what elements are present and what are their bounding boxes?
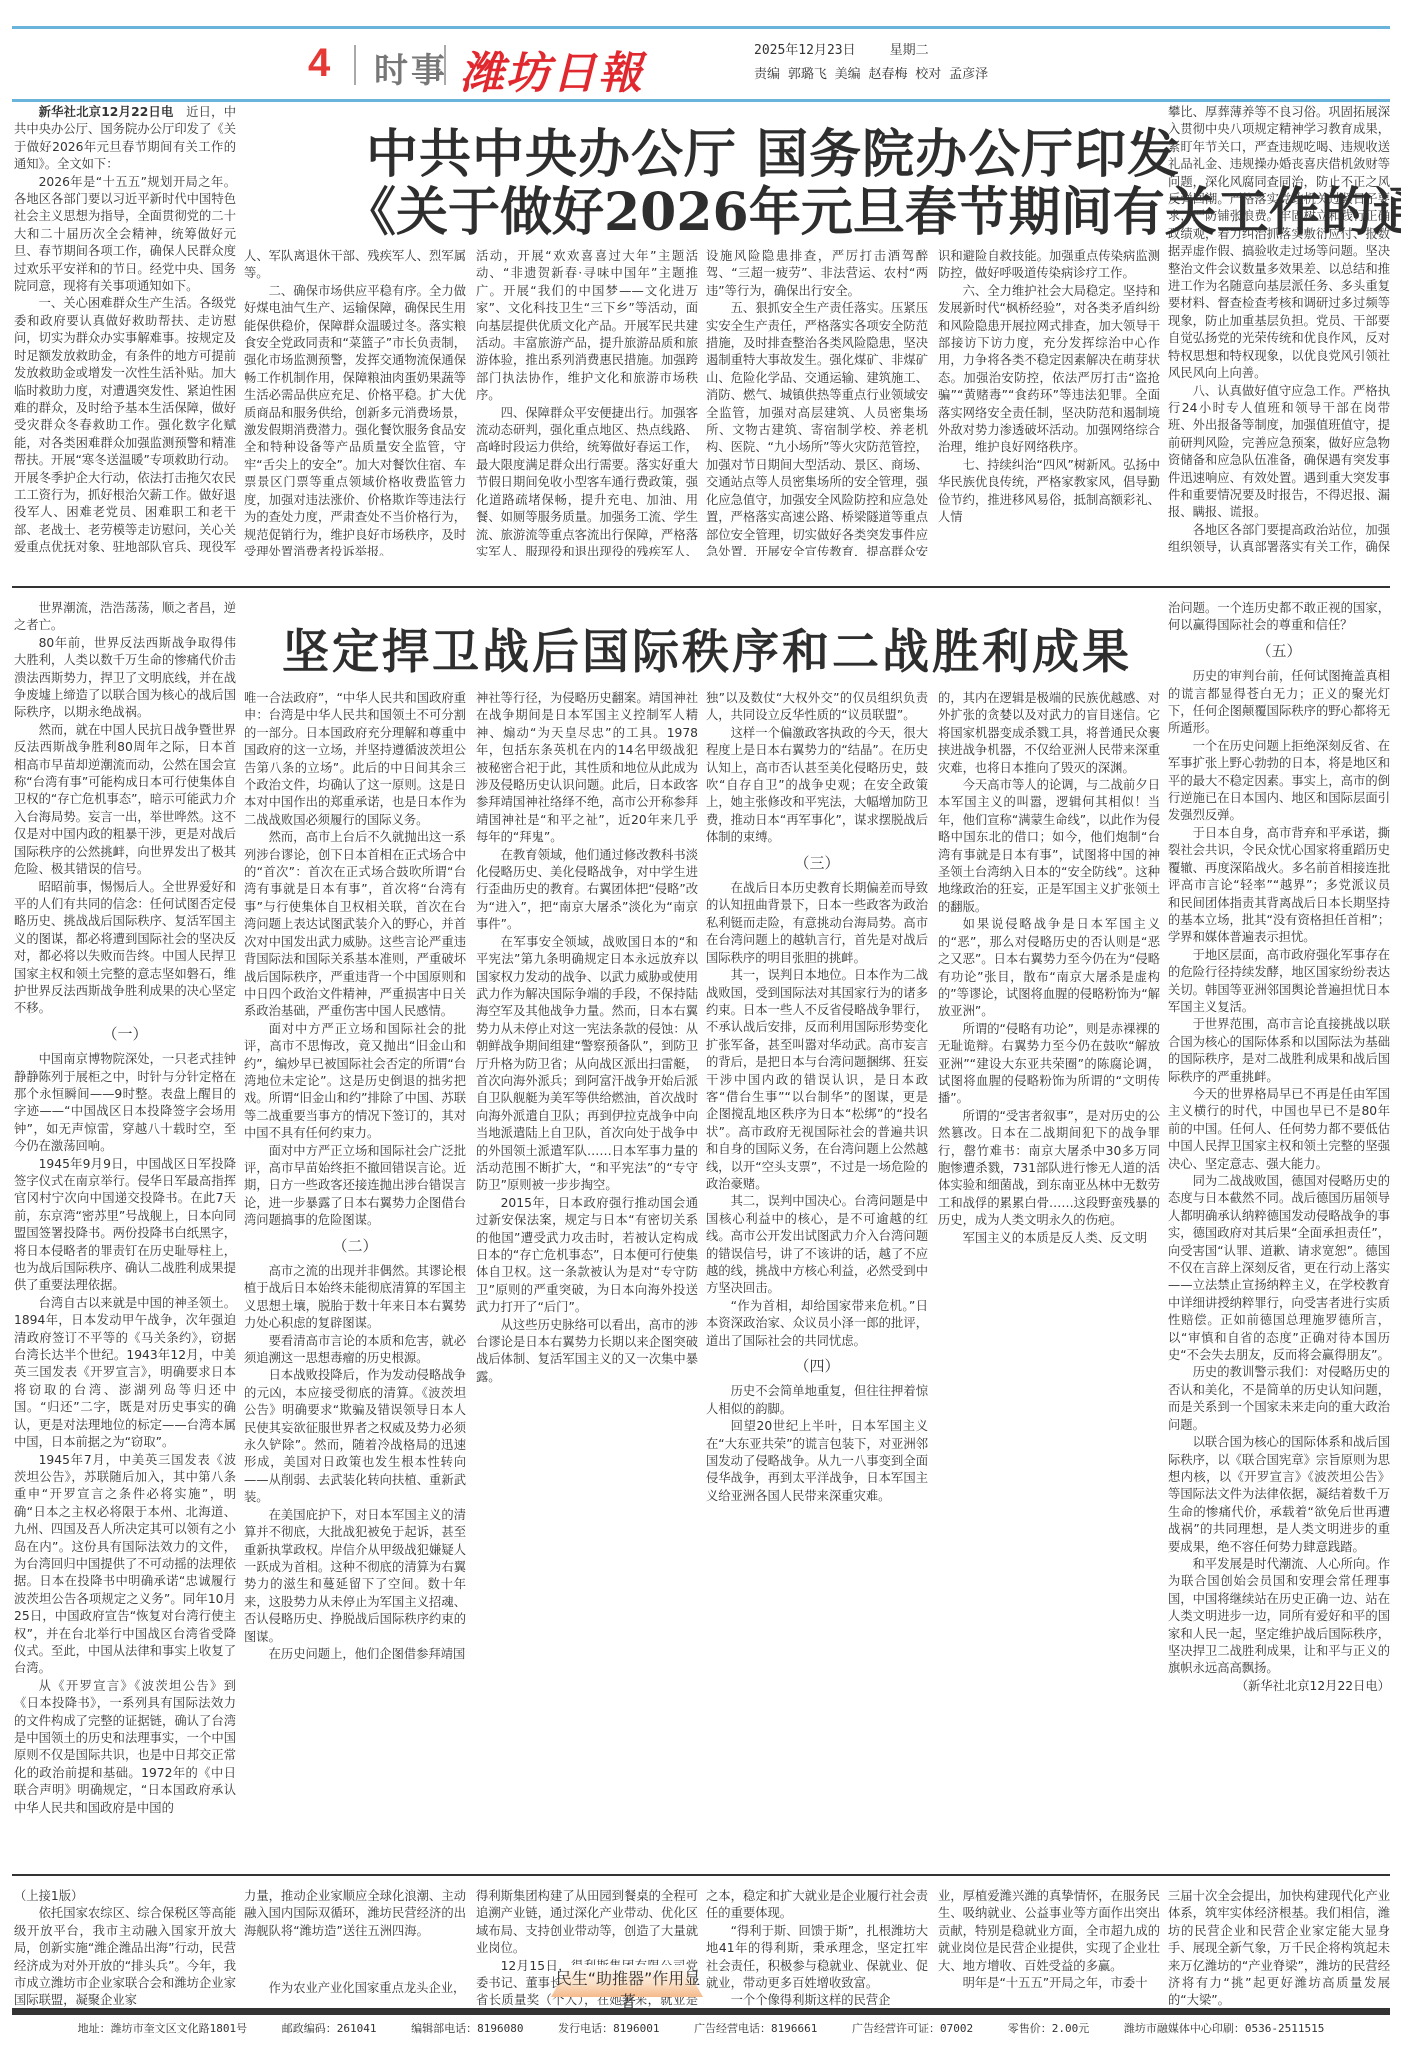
paragraph: 所谓的“侵略有功论”，则是赤裸裸的无耻诡辩。右翼势力至今仍在鼓吹“解放亚洲”“建… [938, 1021, 1160, 1108]
paragraph: 的，其内在逻辑是极端的民族优越感、对外扩张的贪婪以及对武力的盲目迷信。它将国家机… [938, 690, 1160, 777]
paragraph: 从《开罗宣言》《波茨坦公告》到《日本投降书》，一系列具有国际法效力的文件构成了完… [14, 1678, 236, 1817]
article1-column: 设施风险隐患排查，严厉打击酒驾醉驾、“三超一疲劳”、非法营运、农村“两违”等行为… [706, 248, 928, 556]
paragraph: 历史的教训警示我们：对侵略历史的否认和美化，不是简单的历史认知问题，而是关系到一… [1168, 1364, 1390, 1434]
paragraph: 神社等行径，为侵略历史翻案。靖国神社在战争期间是日本军国主义控制军人精神、煽动“… [476, 690, 698, 847]
article2-column: 唯一合法政府”，“中华人民共和国政府重申：台湾是中华人民共和国领土不可分割的一部… [244, 690, 466, 1840]
paragraph: 业，厚植爱潍兴潍的真挚情怀，在服务民生、吸纳就业、公益事业等方面作出突出贡献，特… [938, 1888, 1160, 1975]
article2-column: 世界潮流，浩浩荡荡，顺之者昌，逆之者亡。80年前，世界反法西斯战争取得伟大胜利，… [14, 600, 236, 1840]
article2-column: 神社等行径，为侵略历史翻案。靖国神社在战争期间是日本军国主义控制军人精神、煽动“… [476, 690, 698, 1840]
paragraph: 人、军队离退休干部、残疾军人、烈军属等。 [244, 248, 466, 283]
footer-printer: 潍坊市融媒体中心印刷：0536-2511515 [1124, 2022, 1324, 2035]
paragraph: 得利斯集团构建了从田园到餐桌的全程可追溯产业链，通过深化产业带动、优化区域布局、… [476, 1888, 698, 1958]
article1-column: 人、军队离退休干部、残疾军人、烈军属等。二、确保市场供应平稳有序。全力做好煤电油… [244, 248, 466, 556]
section-label: （三） [706, 855, 928, 872]
paragraph: 和平发展是时代潮流、人心所向。作为联合国创始会员国和安理会常任理事国，中国将继续… [1168, 1556, 1390, 1678]
article1-column: 活动，开展“欢欢喜喜过大年”主题活动、“非遗贺新春·寻味中国年”主题推广。开展“… [476, 248, 698, 556]
article3-column: 业，厚植爱潍兴潍的真挚情怀，在服务民生、吸纳就业、公益事业等方面作出突出贡献，特… [938, 1888, 1160, 2012]
paragraph: 回望20世纪上半叶，日本军国主义在“大东亚共荣”的谎言包装下，对亚洲邻国发动了侵… [706, 1418, 928, 1505]
paragraph: 昭昭前事，惕惕后人。全世界爱好和平的人们有共同的信念：任何试图否定侵略历史、挑战… [14, 879, 236, 1018]
paragraph: 1945年7月，中美英三国发表《波茨坦公告》，苏联随后加入，其中第八条重申“开罗… [14, 1452, 236, 1678]
paragraph: 然而，就在中国人民抗日战争暨世界反法西斯战争胜利80周年之际，日本首相高市早苗却… [14, 722, 236, 879]
divider [354, 45, 356, 85]
paragraph: 台湾自古以来就是中国的神圣领土。1894年，日本发动甲午战争，次年强迫清政府签订… [14, 1295, 236, 1452]
paragraph: 历史的审判台前，任何试图掩盖真相的谎言都显得苍白无力；正义的聚光灯下，任何企图颠… [1168, 668, 1390, 738]
article3-column: （上接1版）依托国家农综区、综合保税区等高能级开放平台，我市主动融入国家开放大局… [14, 1888, 236, 2012]
paragraph: 同为二战战败国，德国对侵略历史的态度与日本截然不同。战后德国历届领导人都明确承认… [1168, 1173, 1390, 1364]
paragraph: 在教育领域，他们通过修改教科书淡化侵略历史、美化侵略战争，对中学生进行歪曲历史的… [476, 847, 698, 934]
paragraph: 如果说侵略战争是日本军国主义的“恶”，那么对侵略历史的否认则是“恶之又恶”。日本… [938, 916, 1160, 1020]
dateline: 新华社北京12月22日电 [39, 105, 174, 119]
paragraph: 2026年是“十五五”规划开局之年。各地区各部门要以习近平新时代中国特色社会主义… [14, 174, 236, 296]
paragraph: 活动，开展“欢欢喜喜过大年”主题活动、“非遗贺新春·寻味中国年”主题推广。开展“… [476, 248, 698, 405]
paragraph: 日本战败投降后，作为发动侵略战争的元凶，本应接受彻底的清算。《波茨坦公告》明确要… [244, 1367, 466, 1506]
paragraph: 六、全力维护社会大局稳定。坚持和发展新时代“枫桥经验”，对各类矛盾纠纷和风险隐患… [938, 283, 1160, 457]
paragraph: 明年是“十五五”开局之年，市委十 [938, 1975, 1160, 1992]
paragraph: 八、认真做好值守应急工作。严格执行24小时专人值班和领导干部在岗带班、外出报备等… [1168, 383, 1390, 522]
paragraph: 这样一个偏激政客执政的今天，很大程度上是日本右翼势力的“结晶”。在历史认知上，高… [706, 725, 928, 847]
paragraph: 以联合国为核心的国际体系和战后国际秩序，以《联合国宪章》宗旨原则为思想内核，以《… [1168, 1434, 1390, 1556]
footer-address: 地址：潍坊市奎文区文化路1801号 [78, 2022, 248, 2035]
newspaper-logo: 潍坊日報 [460, 37, 644, 101]
footer-distribution-phone: 发行电话：8196001 [558, 2022, 659, 2035]
divider [444, 45, 446, 85]
section-label: （四） [706, 1358, 928, 1375]
article1-column: 识和避险自救技能。加强重点传染病监测防控，做好呼吸道传染病诊疗工作。六、全力维护… [938, 248, 1160, 556]
paragraph: 在战后日本历史教育长期偏差而导致的认知扭曲背景下，日本一些政客为政治私利铤而走险… [706, 880, 928, 967]
footer-price: 零售价：2.00元 [1008, 2022, 1090, 2035]
footer: 地址：潍坊市奎文区文化路1801号 邮政编码：261041 编辑部电话：8196… [12, 2020, 1390, 2036]
article2-column: 的，其内在逻辑是极端的民族优越感、对外扩张的贪婪以及对武力的盲目迷信。它将国家机… [938, 690, 1160, 1840]
paragraph: 一、关心困难群众生产生活。各级党委和政府要认真做好救助帮扶、走访慰问，切实为群众… [14, 295, 236, 556]
paragraph: 力量，推动企业家顺应全球化浪潮、主动融入国内国际双循环，潍坊民营经济的出海舰队将… [244, 1888, 466, 1940]
paragraph: 所谓的“受害者叙事”，是对历史的公然篡改。日本在二战期间犯下的战争罪行，罄竹难书… [938, 1108, 1160, 1230]
article2-headline: 坚定捍卫战后国际秩序和二战胜利成果 [282, 615, 1132, 682]
article1-column: 攀比、厚葬薄养等不良习俗。巩固拓展深入贯彻中央八项规定精神学习教育成果，紧盯年节… [1168, 104, 1390, 556]
paragraph: 攀比、厚葬薄养等不良习俗。巩固拓展深入贯彻中央八项规定精神学习教育成果，紧盯年节… [1168, 104, 1390, 383]
paragraph: 世界潮流，浩浩荡荡，顺之者昌，逆之者亡。 [14, 600, 236, 635]
paragraph: 今天的世界格局早已不再是任由军国主义横行的时代，中国也早已不是80年前的中国。任… [1168, 1086, 1390, 1173]
editor-credits: 责编 郭璐飞 美编 赵春梅 校对 孟彦泽 [754, 63, 988, 87]
article3-column: 之本，稳定和扩大就业是企业履行社会责任的重要体现。“得利于斯、回馈于斯”，扎根潍… [706, 1888, 928, 2012]
article2-column: 治问题。一个连历史都不敢正视的国家，何以赢得国际社会的尊重和信任？（五）历史的审… [1168, 600, 1390, 1840]
paragraph: 在军事安全领域，战败国日本的“和平宪法”第九条明确规定日本永远放弃以国家权力发动… [476, 934, 698, 1195]
paragraph: 军国主义的本质是反人类、反文明 [938, 1230, 1160, 1247]
paragraph: “得利于斯、回馈于斯”，扎根潍坊大地41年的得利斯，秉承理念，坚定扛牢社会责任，… [706, 1923, 928, 1993]
paragraph: 于世界范围，高市言论直接挑战以联合国为核心的国际体系和以国际法为基础的国际秩序，… [1168, 1016, 1390, 1086]
paragraph: 二、确保市场供应平稳有序。全力做好煤电油气生产、运输保障，确保民生用能保供稳价，… [244, 283, 466, 556]
footer-ad-phone: 广告经营电话：8196661 [694, 2022, 817, 2035]
masthead: 4 时事 潍坊日報 2025年12月23日星期二 责编 郭璐飞 美编 赵春梅 校… [12, 26, 1390, 102]
issue-date: 2025年12月23日 [754, 43, 856, 58]
paragraph: 设施风险隐患排查，严厉打击酒驾醉驾、“三超一疲劳”、非法营运、农村“两违”等行为… [706, 248, 928, 300]
section-divider [12, 1874, 1390, 1876]
paragraph: 三届十次全会提出，加快构建现代化产业体系，筑牢实体经济根基。我们相信，潍坊的民营… [1168, 1888, 1390, 2010]
paragraph: 四、保障群众平安便捷出行。加强客流动态研判，强化重点地区、热点线路、高峰时段运力… [476, 405, 698, 556]
paragraph: 今天高市等人的论调，与二战前夕日本军国主义的叫嚣，逻辑何其相似！当年，他们宣称“… [938, 777, 1160, 916]
paragraph: 五、狠抓安全生产责任落实。压紧压实安全生产责任，严格落实各项安全防范措施，及时排… [706, 300, 928, 556]
footer-postcode: 邮政编码：261041 [282, 2022, 377, 2035]
paragraph: 在美国庇护下，对日本军国主义的清算并不彻底，大批战犯被免于起诉，甚至重新执掌政权… [244, 1507, 466, 1646]
section-label: （一） [14, 1026, 236, 1043]
paragraph: 在历史问题上，他们企图借参拜靖国 [244, 1646, 466, 1663]
paragraph: 80年前，世界反法西斯战争取得伟大胜利，人类以数千万生命的惨痛代价击溃法西斯势力… [14, 635, 236, 722]
paragraph: （上接1版） [14, 1888, 236, 1905]
section-label: （二） [244, 1238, 466, 1255]
paragraph: 然而，高市上台后不久就抛出这一系列涉台谬论，创下日本首相在正式场合中的“首次”：… [244, 829, 466, 1020]
paragraph: 七、持续纠治“四风”树新风。弘扬中华民族优良传统，严格家教家风，倡导勤俭节约，推… [938, 457, 1160, 527]
subheading-spacer [244, 1940, 466, 1980]
section-divider [12, 586, 1390, 588]
section-label: （五） [1168, 643, 1390, 660]
footer-ad-license: 广告经营许可证：07002 [852, 2022, 973, 2035]
paragraph: 2015年，日本政府强行推动国会通过新安保法案，规定与日本“有密切关系的他国”遭… [476, 1195, 698, 1317]
article1-column: 新华社北京12月22日电 近日，中共中央办公厅、国务院办公厅印发了《关于做好20… [14, 104, 236, 556]
paragraph: 独”以及数仗“大权外交”的仅员组织负责人，共同设立反华性质的“议员联盟”。 [706, 690, 928, 725]
paragraph: 于日本自身，高市背弃和平承诺，撕裂社会共识，令民众忧心国家将重蹈历史覆辙、再度深… [1168, 825, 1390, 947]
section-name: 时事 [374, 43, 448, 92]
article2-dateline: （新华社北京12月22日电） [1168, 1678, 1390, 1695]
paragraph: 依托国家农综区、综合保税区等高能级开放平台，我市主动融入国家开放大局，创新实施“… [14, 1905, 236, 2009]
paragraph: 1945年9月9日，中国战区日军投降签字仪式在南京举行。侵华日军最高指挥官冈村宁… [14, 1156, 236, 1295]
paragraph: 其一，误判日本地位。日本作为二战战败国，受到国际法对其国家行为的诸多约束。日本一… [706, 967, 928, 1193]
paragraph: 新华社北京12月22日电 近日，中共中央办公厅、国务院办公厅印发了《关于做好20… [14, 104, 236, 174]
paragraph: 历史不会简单地重复，但往往押着惊人相似的韵脚。 [706, 1383, 928, 1418]
paragraph: 之本，稳定和扩大就业是企业履行社会责任的重要体现。 [706, 1888, 928, 1923]
paragraph: 唯一合法政府”，“中华人民共和国政府重申：台湾是中华人民共和国领土不可分割的一部… [244, 690, 466, 829]
article3-column: 力量，推动企业家顺应全球化浪潮、主动融入国内国际双循环，潍坊民营经济的出海舰队将… [244, 1888, 466, 2012]
paragraph: 各地区各部门要提高政治站位，加强组织领导，认真部署落实有关工作，确保元旦春节期间… [1168, 522, 1390, 556]
article2-column: 独”以及数仗“大权外交”的仅员组织负责人，共同设立反华性质的“议员联盟”。这样一… [706, 690, 928, 1840]
paragraph: 面对中方严正立场和国际社会的批评，高市不思悔改，竟又抛出“旧金山和约”，编炒早已… [244, 1021, 466, 1143]
paragraph: 一个在历史问题上拒绝深刻反省、在军事扩张上野心勃勃的日本，将是地区和平的最大不稳… [1168, 738, 1390, 825]
article3-column: 三届十次全会提出，加快构建现代化产业体系，筑牢实体经济根基。我们相信，潍坊的民营… [1168, 1888, 1390, 2012]
paragraph: 治问题。一个连历史都不敢正视的国家，何以赢得国际社会的尊重和信任？ [1168, 600, 1390, 635]
issue-weekday: 星期二 [890, 43, 929, 58]
article3-subheading: 民生“助推器”作用显著 [548, 1966, 708, 2012]
paragraph: 面对中方严正立场和国际社会广泛批评，高市早苗始终拒不撤回错误言论。近期，日方一些… [244, 1143, 466, 1230]
page-number: 4 [308, 41, 330, 86]
footer-editorial-phone: 编辑部电话：8196080 [411, 2022, 523, 2035]
paragraph: 高市之流的出现并非偶然。其谬论根植于战后日本始终未能彻底清算的军国主义思想土壤，… [244, 1263, 466, 1333]
paragraph: 要看清高市言论的本质和危害，就必须追溯这一思想毒瘤的历史根源。 [244, 1333, 466, 1368]
masthead-meta: 2025年12月23日星期二 责编 郭璐飞 美编 赵春梅 校对 孟彦泽 [754, 39, 988, 87]
paragraph: 作为农业产业化国家重点龙头企业， [244, 1980, 466, 1997]
paragraph: 其二，误判中国决心。台湾问题是中国核心利益中的核心，是不可逾越的红线。高市公开发… [706, 1193, 928, 1297]
paragraph: 于地区层面，高市政府强化军事存在的危险行径持续发酵，地区国家纷纷表达关切。韩国等… [1168, 947, 1390, 1017]
paragraph: “作为首相，却给国家带来危机。”日本资深政治家、众议员小泽一郎的批评，道出了国际… [706, 1298, 928, 1350]
paragraph: 识和避险自救技能。加强重点传染病监测防控，做好呼吸道传染病诊疗工作。 [938, 248, 1160, 283]
paragraph: 中国南京博物院深处，一只老式挂钟静静陈列于展柜之中，时针与分针定格在那个永恒瞬间… [14, 1051, 236, 1155]
paragraph: 从这些历史脉络可以看出，高市的涉台谬论是日本右翼势力长期以来企图突破战后体制、复… [476, 1317, 698, 1387]
